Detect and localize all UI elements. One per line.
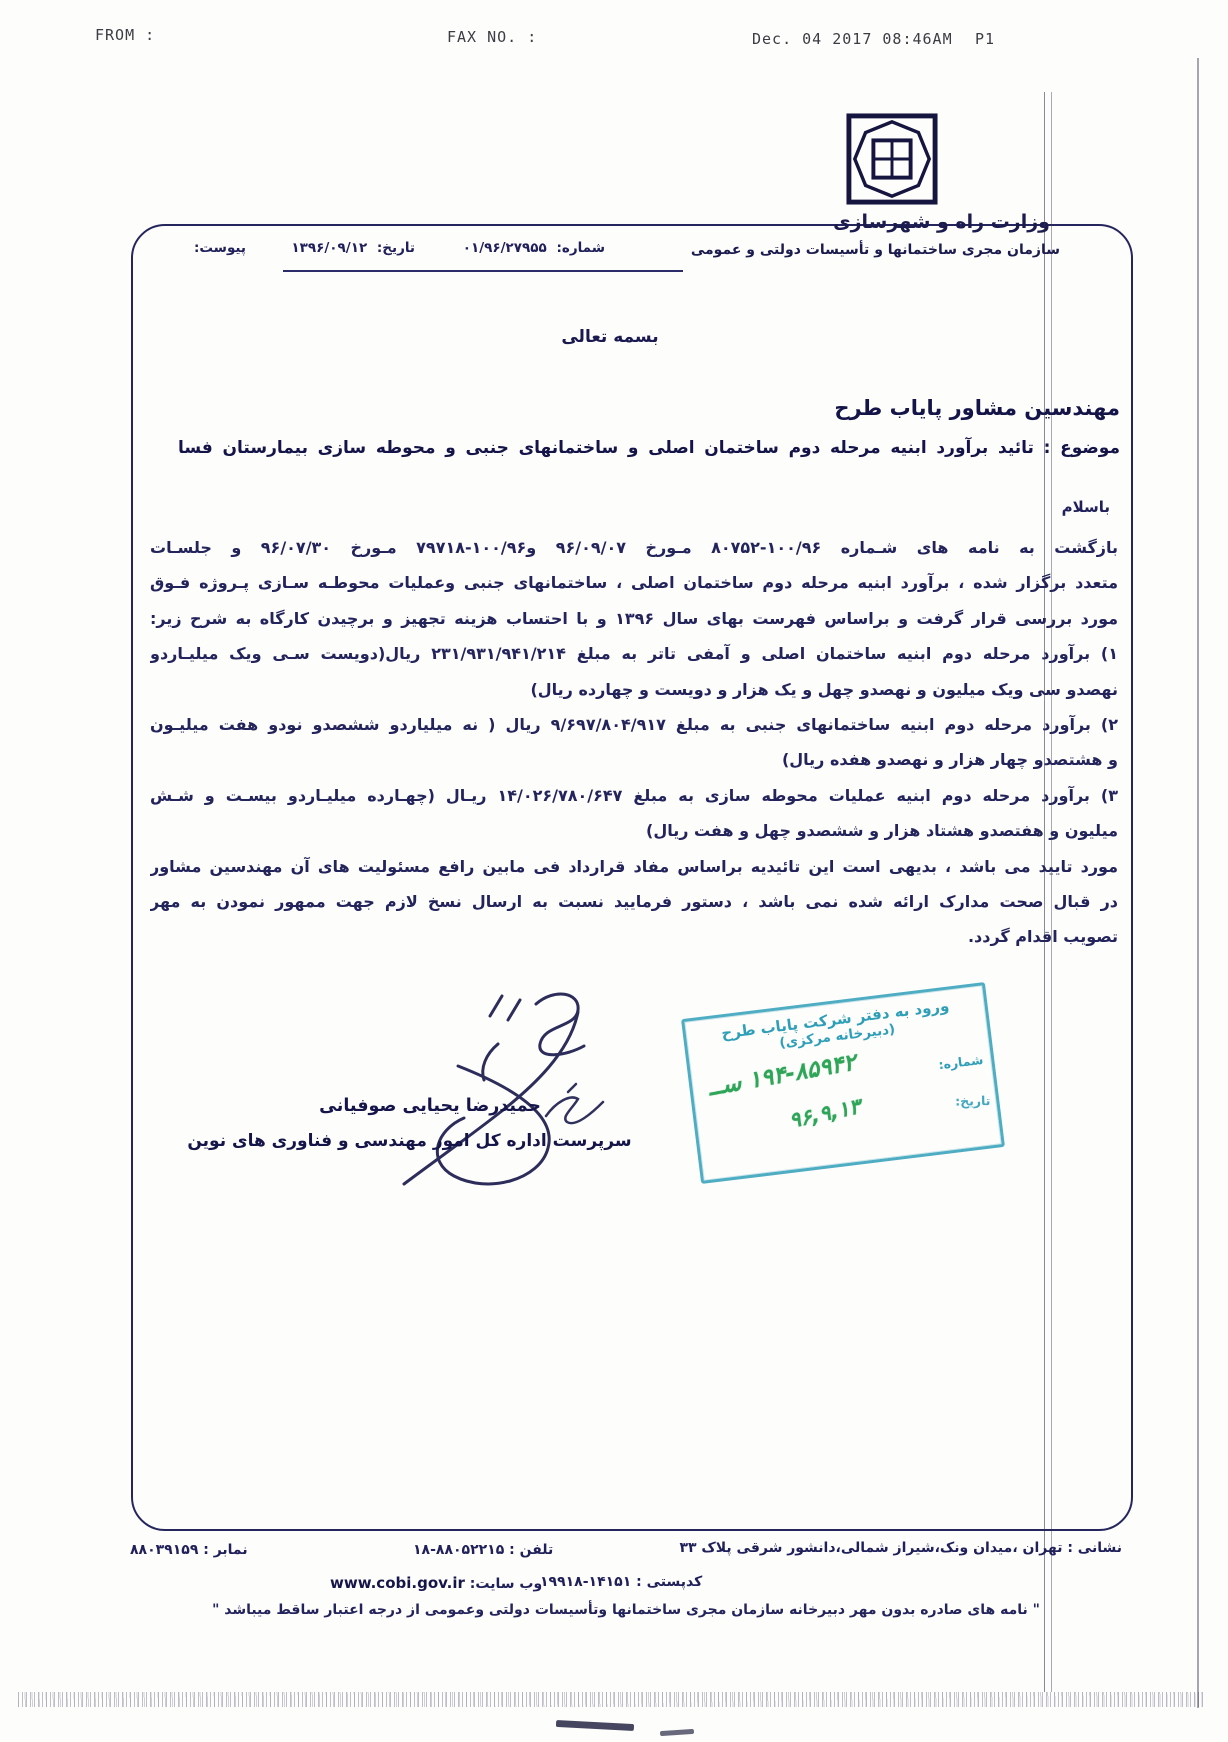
fax-timestamp: Dec. 04 2017 08:46AM xyxy=(752,30,953,48)
signatory-name: حمیدرضا یحیایی صوفیانی xyxy=(285,1096,575,1116)
fax-number-label: FAX NO. : xyxy=(447,28,537,46)
footer-website-field: وب سایت: www.cobi.gov.ir xyxy=(330,1574,542,1592)
footer-disclaimer: " نامه های صادره بدون مهر دبیرخانه سازما… xyxy=(140,1602,1112,1618)
stamp-date-label: تاریخ: xyxy=(955,1093,991,1109)
body-line-closing-end: تصویب اقدام گردد. xyxy=(150,919,1118,954)
footer-address: نشانی : تهران ،میدان ونک،شیراز شمالی،دان… xyxy=(679,1540,1122,1556)
letter-number-value: ۰۱/۹۶/۲۷۹۵۵ xyxy=(463,240,547,256)
body-line-item-2-cont: و هشتصدو چهار هزار و نهصدو هفده ریال) xyxy=(150,742,1118,777)
body-line-closing: در قبال صحت مدارک ارائه شده نمی باشد ، د… xyxy=(150,884,1118,919)
letter-number-field: شماره: ۰۱/۹۶/۲۷۹۵۵ xyxy=(463,240,605,256)
scan-artifact-mark xyxy=(556,1720,634,1731)
letter-date-field: تاریخ: ۱۳۹۶/۰۹/۱۲ xyxy=(291,240,415,256)
body-line-item-1: ۱) برآورد مرحله دوم ابنیه ساختمان اصلی و… xyxy=(150,636,1118,671)
scanned-fax-letter-page: FROM : FAX NO. : Dec. 04 2017 08:46AM P1… xyxy=(0,0,1228,1742)
body-line: بازگشت به نامه های شـماره ۱۰۰/۹۶-۸۰۷۵۲ م… xyxy=(150,530,1118,565)
meta-underline xyxy=(283,270,683,272)
body-line-item-2: ۲) برآورد مرحله دوم ابنیه ساختمانهای جنب… xyxy=(150,707,1118,742)
footer-website-label: وب سایت: xyxy=(470,1576,542,1592)
footer-website-url: www.cobi.gov.ir xyxy=(330,1574,465,1592)
letterhead-ministry-name: وزارت راه و شهرسازی xyxy=(833,211,1050,233)
body-line-closing: مورد تایید می باشد ، بدیهی است این تائید… xyxy=(150,849,1118,884)
scan-fold-line xyxy=(1044,92,1052,1692)
besmellah-heading: بسمه تعالی xyxy=(520,327,700,347)
body-line-item-3: ۳) برآورد مرحله دوم ابنیه عملیات محوطه س… xyxy=(150,778,1118,813)
footer-fax-number: نمابر : ۸۸۰۳۹۱۵۹ xyxy=(130,1542,248,1558)
subject-line: موضوع : تائید برآورد ابنیه مرحله دوم ساخ… xyxy=(178,438,1120,458)
letter-body: بازگشت به نامه های شـماره ۱۰۰/۹۶-۸۰۷۵۲ م… xyxy=(150,530,1118,955)
letter-attachment-field: پیوست: xyxy=(194,240,246,256)
footer-phone: تلفن : ۸۸۰۵۲۲۱۵-۱۸ xyxy=(413,1542,553,1558)
letter-date-value: ۱۳۹۶/۰۹/۱۲ xyxy=(291,240,367,256)
letter-date-label: تاریخ: xyxy=(377,240,415,256)
signatory-title: سرپرست اداره کل امور مهندسی و فناوری های… xyxy=(172,1131,647,1151)
scan-artifact-mark xyxy=(660,1729,694,1736)
stamp-date-handwritten-value: ۹۶,۹,۱۳ xyxy=(787,1094,863,1133)
recipient-name: مهندسین مشاور پایاب طرح xyxy=(834,396,1120,420)
footer-postal-code: کدپستی : ۱۴۱۵۱-۱۹۹۱۸ xyxy=(540,1574,702,1590)
scan-noise-band xyxy=(18,1692,1203,1707)
salutation: باسلام xyxy=(1062,498,1110,516)
letterhead-organization-name: سازمان مجری ساختمانها و تأسیسات دولتی و … xyxy=(691,242,1060,258)
scan-edge-line xyxy=(1197,58,1199,1708)
fax-page-number: P1 xyxy=(975,30,995,48)
body-line-item-3-cont: میلیون و هفتصدو هشتاد هزار و ششصدو چهل و… xyxy=(150,813,1118,848)
body-line-item-1-cont: نهصدو سی ویک میلیون و نهصدو چهل و یک هزا… xyxy=(150,672,1118,707)
body-line: متعدد برگزار شده ، برآورد ابنیه مرحله دو… xyxy=(150,565,1118,600)
stamp-number-label: شماره: xyxy=(938,1052,984,1072)
letter-number-label: شماره: xyxy=(556,240,605,256)
body-line: مورد بررسی قرار گرفت و براساس فهرست بهای… xyxy=(150,601,1118,636)
letter-attachment-label: پیوست: xyxy=(194,240,246,256)
fax-from-label: FROM : xyxy=(95,26,155,44)
ministry-emblem-logo xyxy=(845,112,939,206)
